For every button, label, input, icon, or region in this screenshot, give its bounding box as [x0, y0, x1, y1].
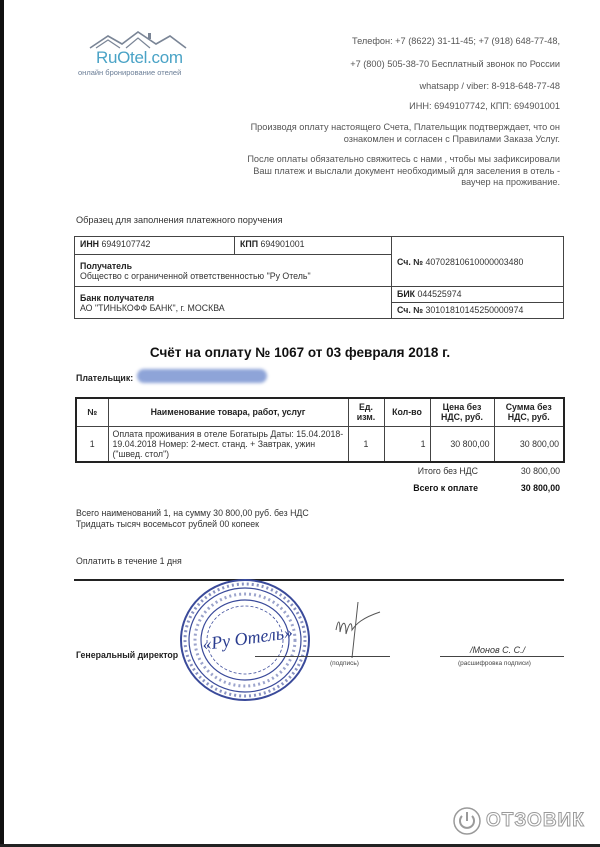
kpp-cell: КПП 694901001 — [235, 237, 392, 255]
messengers: whatsapp / viber: 8-918-648-77-48 — [350, 75, 560, 98]
name-caption: (расшифровка подписи) — [458, 660, 531, 667]
otzovik-watermark: ОТЗОВИК — [452, 806, 585, 836]
col-sum: Сумма без НДС, руб. — [494, 398, 564, 426]
payer-redacted — [137, 369, 267, 383]
col-num: № — [76, 398, 108, 426]
items-table: № Наименование товара, работ, услуг Ед. … — [75, 397, 565, 463]
summary: Всего наименований 1, на сумму 30 800,00… — [76, 508, 309, 530]
signature-caption: (подпись) — [330, 660, 359, 667]
signature-icon — [330, 600, 385, 660]
pay-term: Оплатить в течение 1 дня — [76, 556, 182, 566]
power-icon — [452, 806, 482, 836]
phones: Телефон: +7 (8622) 31-11-45; +7 (918) 64… — [350, 30, 560, 53]
col-price: Цена без НДС, руб. — [430, 398, 494, 426]
subtotal-row: Итого без НДС 30 800,00 — [370, 462, 560, 479]
logo-name: RuOtel.com — [96, 48, 183, 68]
recipient-cell: ПолучательОбщество с ограниченной ответс… — [75, 255, 392, 287]
freephone: +7 (800) 505-38-70 Бесплатный звонок по … — [350, 53, 560, 76]
page-left-border — [0, 0, 4, 847]
account-cell: Сч. № 40702810610000003480 — [392, 237, 564, 287]
bik-cell: БИК 044525974 — [392, 287, 564, 303]
separator — [74, 579, 564, 581]
company-inn-kpp: ИНН: 6949107742, КПП: 694901001 — [409, 101, 560, 111]
notice-terms: Производя оплату настоящего Счета, Плате… — [240, 122, 560, 145]
total-row: Всего к оплате 30 800,00 — [370, 479, 560, 496]
payer-label: Плательщик: — [76, 373, 133, 383]
name-line — [440, 656, 564, 657]
table-row: 1 Оплата проживания в отеле Богатырь Дат… — [76, 426, 564, 462]
contact-info: Телефон: +7 (8622) 31-11-45; +7 (918) 64… — [350, 30, 560, 98]
signature-line — [255, 656, 390, 657]
director-label: Генеральный директор — [76, 650, 178, 660]
bank-details-table: ИНН 6949107742 КПП 694901001 Сч. № 40702… — [74, 236, 564, 319]
watermark-text: ОТЗОВИК — [486, 810, 585, 832]
payment-sample-title: Образец для заполнения платежного поруче… — [76, 215, 283, 225]
invoice-title: Счёт на оплату № 1067 от 03 февраля 2018… — [0, 345, 600, 360]
col-name: Наименование товара, работ, услуг — [108, 398, 348, 426]
totals: Итого без НДС 30 800,00 Всего к оплате 3… — [370, 462, 560, 496]
ruotel-logo: RuOtel.com онлайн бронирование отелей — [78, 28, 198, 76]
signer-name: /Монов С. С./ — [470, 645, 525, 655]
corr-account-cell: Сч. № 30101810145250000974 — [392, 303, 564, 319]
col-qty: Кол-во — [384, 398, 430, 426]
notice-contact: После оплаты обязательно свяжитесь с нам… — [240, 154, 560, 189]
bank-cell: Банк получателяАО "ТИНЬКОФФ БАНК", г. МО… — [75, 287, 392, 319]
logo-tagline: онлайн бронирование отелей — [78, 68, 181, 77]
inn-cell: ИНН 6949107742 — [75, 237, 235, 255]
col-unit: Ед. изм. — [348, 398, 384, 426]
